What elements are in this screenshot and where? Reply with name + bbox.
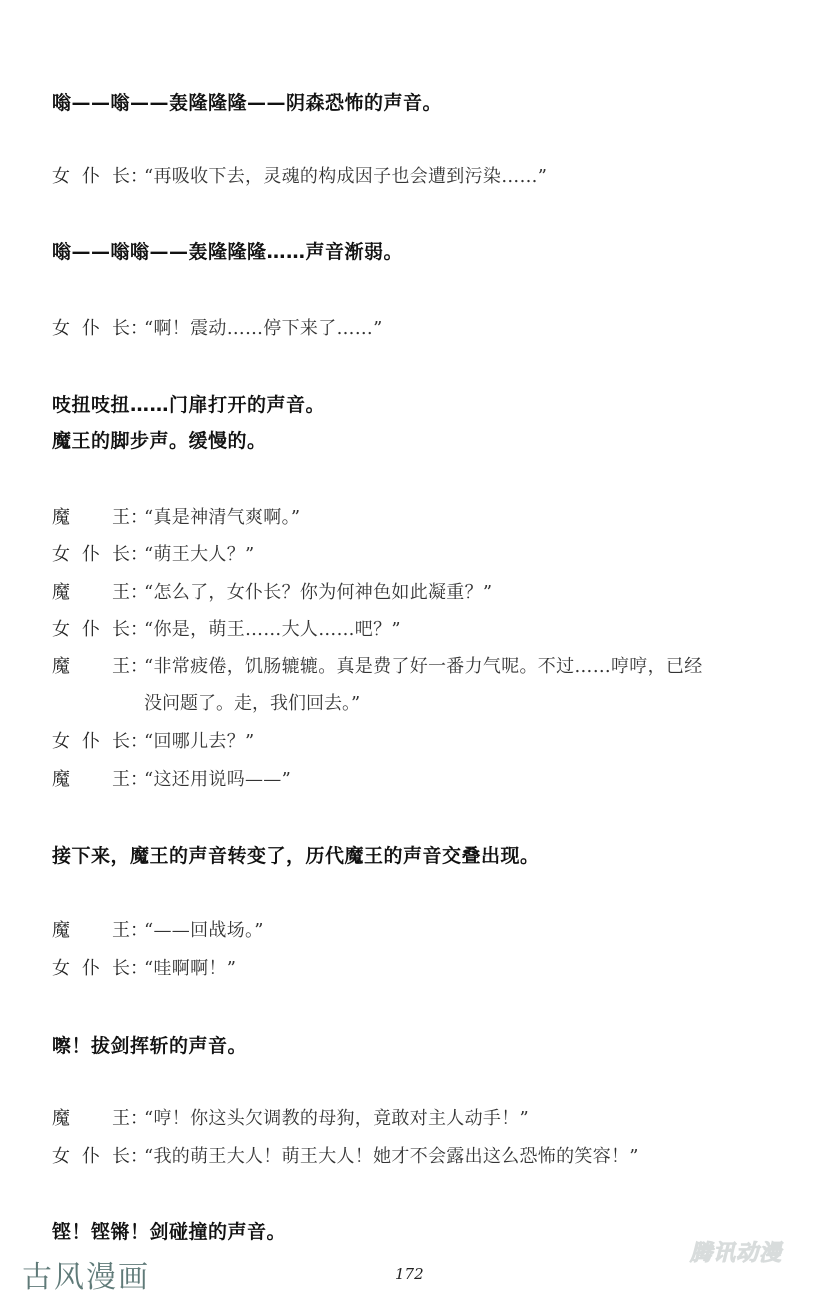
dialogue-line: 魔王：“怎么了，女仆长？你为何神色如此凝重？” [52,578,492,604]
speech-text: “这还用说吗——” [144,765,291,791]
speech-text: “你是，萌王……大人……吧？” [144,615,401,641]
speaker-label: 女仆长 [52,314,130,340]
speaker-label: 女仆长 [52,540,130,566]
watermark-right: 腾讯动漫 [672,1240,800,1268]
dialogue-line: 魔王：“真是神清气爽啊。” [52,503,300,529]
narration-line: 嚓！拔剑挥斩的声音。 [52,1031,247,1058]
speaker-label: 女仆长 [52,1142,130,1168]
speech-text: “非常疲倦，饥肠辘辘。真是费了好一番力气呢。不过……哼哼，已经 [144,652,703,678]
colon: ： [130,916,140,942]
speaker-label: 女仆长 [52,162,130,188]
narration-line: 接下来，魔王的声音转变了，历代魔王的声音交叠出现。 [52,841,540,868]
speech-text: “真是神清气爽啊。” [144,503,300,529]
dialogue-line: 女仆长：“回哪儿去？” [52,727,255,753]
colon: ： [130,578,140,604]
speech-text: “——回战场。” [144,916,264,942]
speech-continuation: 没问题了。走，我们回去。” [144,689,360,715]
watermark-left: 古风漫画 [22,1252,150,1291]
speech-text: “哇啊啊！” [144,954,236,980]
speech-text: “我的萌王大人！萌王大人！她才不会露出这么恐怖的笑容！” [144,1142,639,1168]
speaker-label: 女仆长 [52,727,130,753]
speaker-label: 魔王 [52,578,130,604]
speech-text: “啊！震动……停下来了……” [144,314,383,340]
colon: ： [130,615,140,641]
narration-line: 嗡——嗡——轰隆隆隆——阴森恐怖的声音。 [52,88,442,115]
page-number: 172 [395,1265,424,1283]
narration-line: 铿！铿锵！剑碰撞的声音。 [52,1217,286,1244]
speaker-label: 魔王 [52,765,130,791]
dialogue-line: 女仆长：“哇啊啊！” [52,954,236,980]
dialogue-line: 魔王：“非常疲倦，饥肠辘辘。真是费了好一番力气呢。不过……哼哼，已经 [52,652,703,678]
speaker-label: 魔王 [52,652,130,678]
colon: ： [130,162,140,188]
colon: ： [130,503,140,529]
speech-text: “再吸收下去，灵魂的构成因子也会遭到污染……” [144,162,547,188]
colon: ： [130,727,140,753]
colon: ： [130,652,140,678]
speaker-label: 女仆长 [52,615,130,641]
dialogue-line: 魔王：“——回战场。” [52,916,264,942]
colon: ： [130,314,140,340]
colon: ： [130,1104,140,1130]
narration-line: 嗡——嗡嗡——轰隆隆隆……声音渐弱。 [52,237,403,264]
speech-text: “萌王大人？” [144,540,255,566]
colon: ： [130,954,140,980]
speaker-label: 女仆长 [52,954,130,980]
colon: ： [130,765,140,791]
dialogue-line: 女仆长：“萌王大人？” [52,540,255,566]
dialogue-line: 女仆长：“啊！震动……停下来了……” [52,314,383,340]
dialogue-line: 魔王：“哼！你这头欠调教的母狗，竟敢对主人动手！” [52,1104,529,1130]
speech-text: “哼！你这头欠调教的母狗，竟敢对主人动手！” [144,1104,529,1130]
speaker-label: 魔王 [52,1104,130,1130]
dialogue-line: 女仆长：“我的萌王大人！萌王大人！她才不会露出这么恐怖的笑容！” [52,1142,639,1168]
colon: ： [130,540,140,566]
dialogue-line: 魔王：“这还用说吗——” [52,765,291,791]
speaker-label: 魔王 [52,916,130,942]
dialogue-line: 女仆长：“再吸收下去，灵魂的构成因子也会遭到污染……” [52,162,547,188]
speaker-label: 魔王 [52,503,130,529]
speech-text: “回哪儿去？” [144,727,255,753]
narration-line: 吱扭吱扭……门扉打开的声音。 [52,390,325,417]
speech-text: “怎么了，女仆长？你为何神色如此凝重？” [144,578,492,604]
dialogue-line: 女仆长：“你是，萌王……大人……吧？” [52,615,401,641]
colon: ： [130,1142,140,1168]
narration-line: 魔王的脚步声。缓慢的。 [52,426,267,453]
